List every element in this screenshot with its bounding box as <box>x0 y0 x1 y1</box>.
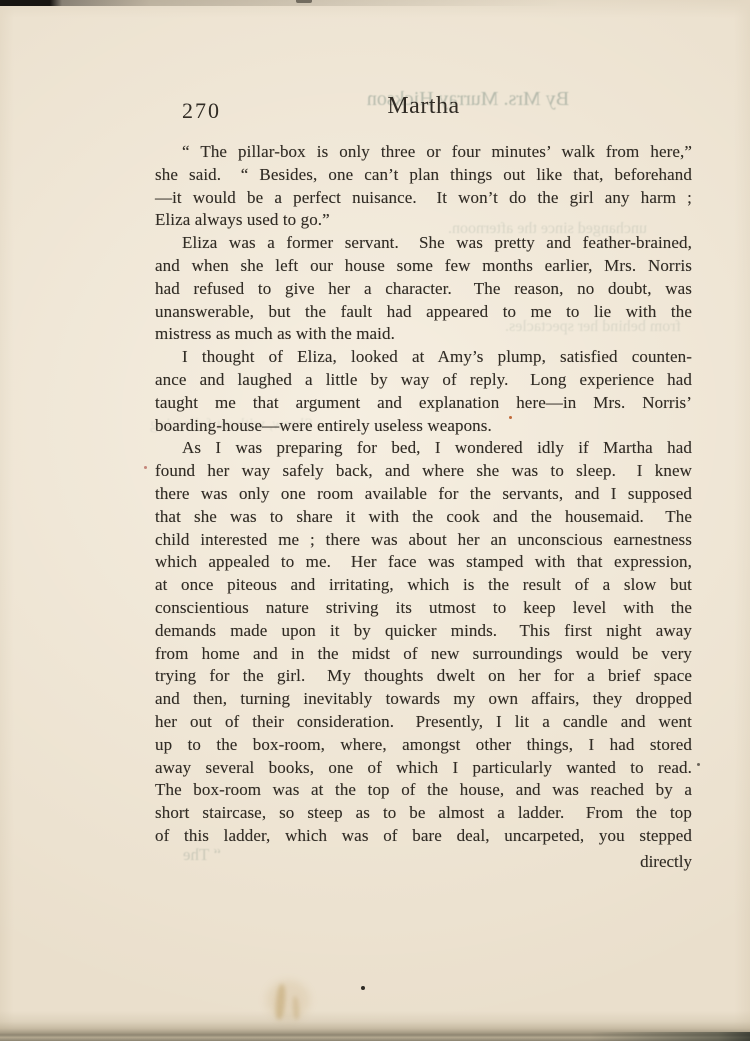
text-line: her out of their consideration. Presentl… <box>155 711 692 734</box>
paragraph-indent <box>155 452 182 453</box>
ink-speck <box>509 416 512 419</box>
text-line: unanswerable, but the fault had appeared… <box>155 301 692 324</box>
text-line: short staircase, so steep as to be almos… <box>155 802 692 825</box>
scanned-book-page: By Mrs. Murray Hicksonunchanged since th… <box>0 0 750 1041</box>
text-line: found her way safely back, and where she… <box>155 460 692 483</box>
text-line: The box-room was at the top of the house… <box>155 779 692 802</box>
paragraph-indent <box>155 361 182 362</box>
text-line: —it would be a perfect nuisance. It won’… <box>155 187 692 210</box>
scan-bottom-edge <box>0 1011 750 1041</box>
ink-speck <box>361 986 365 990</box>
text-line: from home and in the midst of new surrou… <box>155 643 692 666</box>
text-line: boarding-house—were entirely useless wea… <box>155 415 692 438</box>
text-line: trying for the girl. My thoughts dwelt o… <box>155 665 692 688</box>
text-line: up to the box-room, where, amongst other… <box>155 734 692 757</box>
paragraph-indent <box>155 156 182 157</box>
text-line: of this ladder, which was of bare deal, … <box>155 825 692 848</box>
text-line: Eliza always used to go.” <box>155 209 692 232</box>
paragraph-indent <box>155 247 182 248</box>
text-line: ance and laughed a little by way of repl… <box>155 369 692 392</box>
text-line: mistress as much as with the maid. <box>155 323 692 346</box>
text-line: and when she left our house some few mon… <box>155 255 692 278</box>
ink-speck <box>144 466 147 469</box>
text-line: child interested me ; there was about he… <box>155 529 692 552</box>
text-line: taught me that argument and explanation … <box>155 392 692 415</box>
scan-top-edge <box>0 0 750 6</box>
text-line: there was only one room available for th… <box>155 483 692 506</box>
text-line: As I was preparing for bed, I wondered i… <box>155 437 692 460</box>
catchword: directly <box>155 851 692 874</box>
text-line: which appealed to me. Her face was stamp… <box>155 551 692 574</box>
text-line: that she was to share it with the cook a… <box>155 506 692 529</box>
text-line: and then, turning inevitably towards my … <box>155 688 692 711</box>
ink-speck <box>697 763 700 766</box>
text-line: at once piteous and irritating, which is… <box>155 574 692 597</box>
text-line: conscientious nature striving its utmost… <box>155 597 692 620</box>
scan-top-notch <box>296 0 312 3</box>
text-line: “ The pillar-box is only three or four m… <box>155 141 692 164</box>
text-line: Eliza was a former servant. She was pret… <box>155 232 692 255</box>
scan-bottom-corner-shadow <box>590 1032 750 1041</box>
running-title: Martha <box>155 93 692 120</box>
text-line: I thought of Eliza, looked at Amy’s plum… <box>155 346 692 369</box>
text-line: demands made upon it by quicker minds. T… <box>155 620 692 643</box>
text-line: had refused to give her a character. The… <box>155 278 692 301</box>
text-line: she said. “ Besides, one can’t plan thin… <box>155 164 692 187</box>
text-block: “ The pillar-box is only three or four m… <box>155 141 692 848</box>
stain <box>266 980 310 1020</box>
text-line: away several books, one of which I parti… <box>155 757 692 780</box>
